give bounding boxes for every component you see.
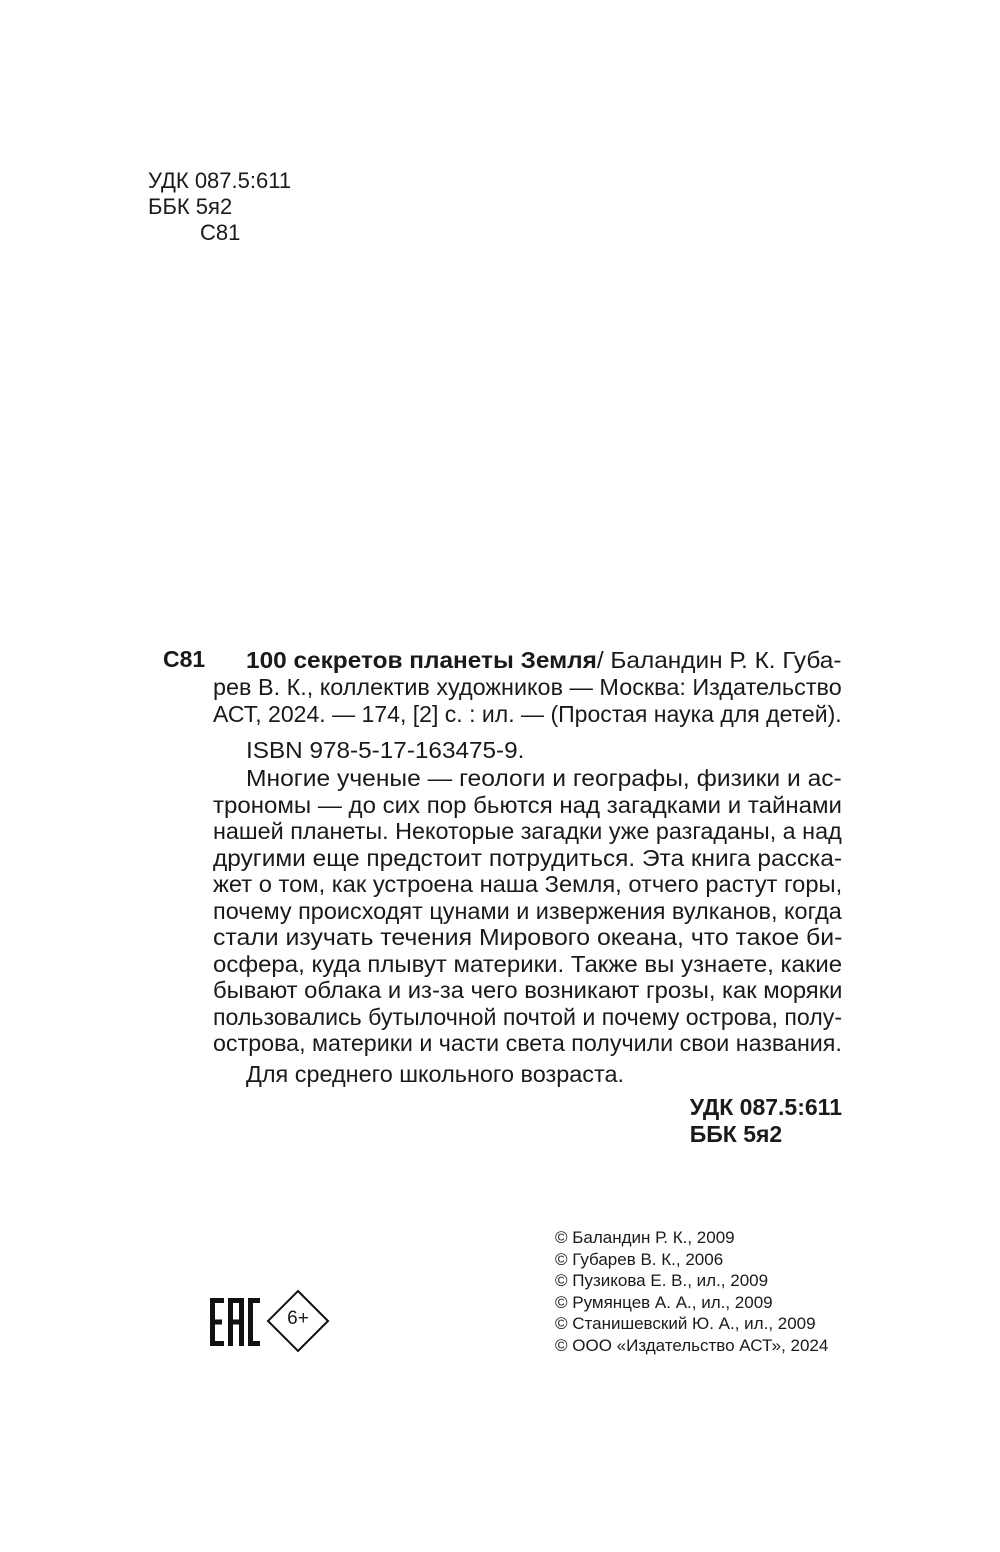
abstract-line: нашей планеты. Некоторые загадки уже раз… bbox=[213, 818, 842, 844]
eac-icon bbox=[210, 1298, 260, 1346]
entry-line-1: 100 секретов планеты Земля/ Баландин Р. … bbox=[246, 647, 842, 673]
abstract-line: пользовались бутылочной почтой и почему … bbox=[213, 1004, 842, 1030]
abstract-line: Многие ученые — геологи и географы, физи… bbox=[246, 765, 842, 791]
abstract-line: стали изучать течения Мирового океана, ч… bbox=[213, 924, 842, 950]
top-bbk: ББК 5я2 bbox=[148, 194, 291, 220]
abstract-line: жет о том, как устроена наша Земля, отче… bbox=[213, 871, 842, 897]
entry-author-mark: С81 bbox=[163, 646, 205, 673]
entry-line-1-rest: / Баландин Р. К. Губа- bbox=[597, 647, 842, 673]
top-udk: УДК 087.5:611 bbox=[148, 168, 291, 194]
age-rating: 6+ bbox=[266, 1308, 330, 1330]
copyright-line: © Баландин Р. К., 2009 bbox=[555, 1227, 828, 1249]
top-catalog-codes: УДК 087.5:611 ББК 5я2 С81 bbox=[148, 168, 291, 246]
abstract-line: трономы — до сих пор бьются над загадкам… bbox=[213, 792, 842, 818]
copyright-line: © Пузикова Е. В., ил., 2009 bbox=[555, 1270, 828, 1292]
isbn: ISBN 978-5-17-163475-9. bbox=[246, 737, 524, 763]
copyright-line: © Губарев В. К., 2006 bbox=[555, 1249, 828, 1271]
copyright-line: © Румянцев А. А., ил., 2009 bbox=[555, 1292, 828, 1314]
abstract-line: осфера, куда плывут материки. Также вы у… bbox=[213, 951, 842, 977]
abstract-line: почему происходят цунами и извержения ву… bbox=[213, 898, 842, 924]
copyright-line: © Станишевский Ю. А., ил., 2009 bbox=[555, 1313, 828, 1335]
abstract-line: бывают облака и из-за чего возникают гро… bbox=[213, 977, 842, 1003]
top-author-mark: С81 bbox=[148, 220, 291, 246]
audience-note: Для среднего школьного возраста. bbox=[246, 1061, 624, 1087]
entry-line-2: рев В. К., коллектив художников — Москва… bbox=[213, 674, 842, 700]
footer-udk: УДК 087.5:611 bbox=[690, 1094, 842, 1121]
entry-line-3: АСТ, 2024. — 174, [2] с. : ил. — (Проста… bbox=[213, 701, 842, 727]
copyright-list: © Баландин Р. К., 2009 © Губарев В. К., … bbox=[555, 1227, 828, 1356]
footer-catalog-codes: УДК 087.5:611 ББК 5я2 bbox=[690, 1094, 842, 1148]
footer-bbk: ББК 5я2 bbox=[690, 1121, 842, 1148]
book-title: 100 секретов планеты Земля bbox=[246, 647, 597, 673]
abstract-line: другими еще предстоит потрудиться. Эта к… bbox=[213, 845, 842, 871]
abstract-line: острова, материки и части света получили… bbox=[213, 1030, 842, 1056]
copyright-line: © ООО «Издательство АСТ», 2024 bbox=[555, 1335, 828, 1357]
